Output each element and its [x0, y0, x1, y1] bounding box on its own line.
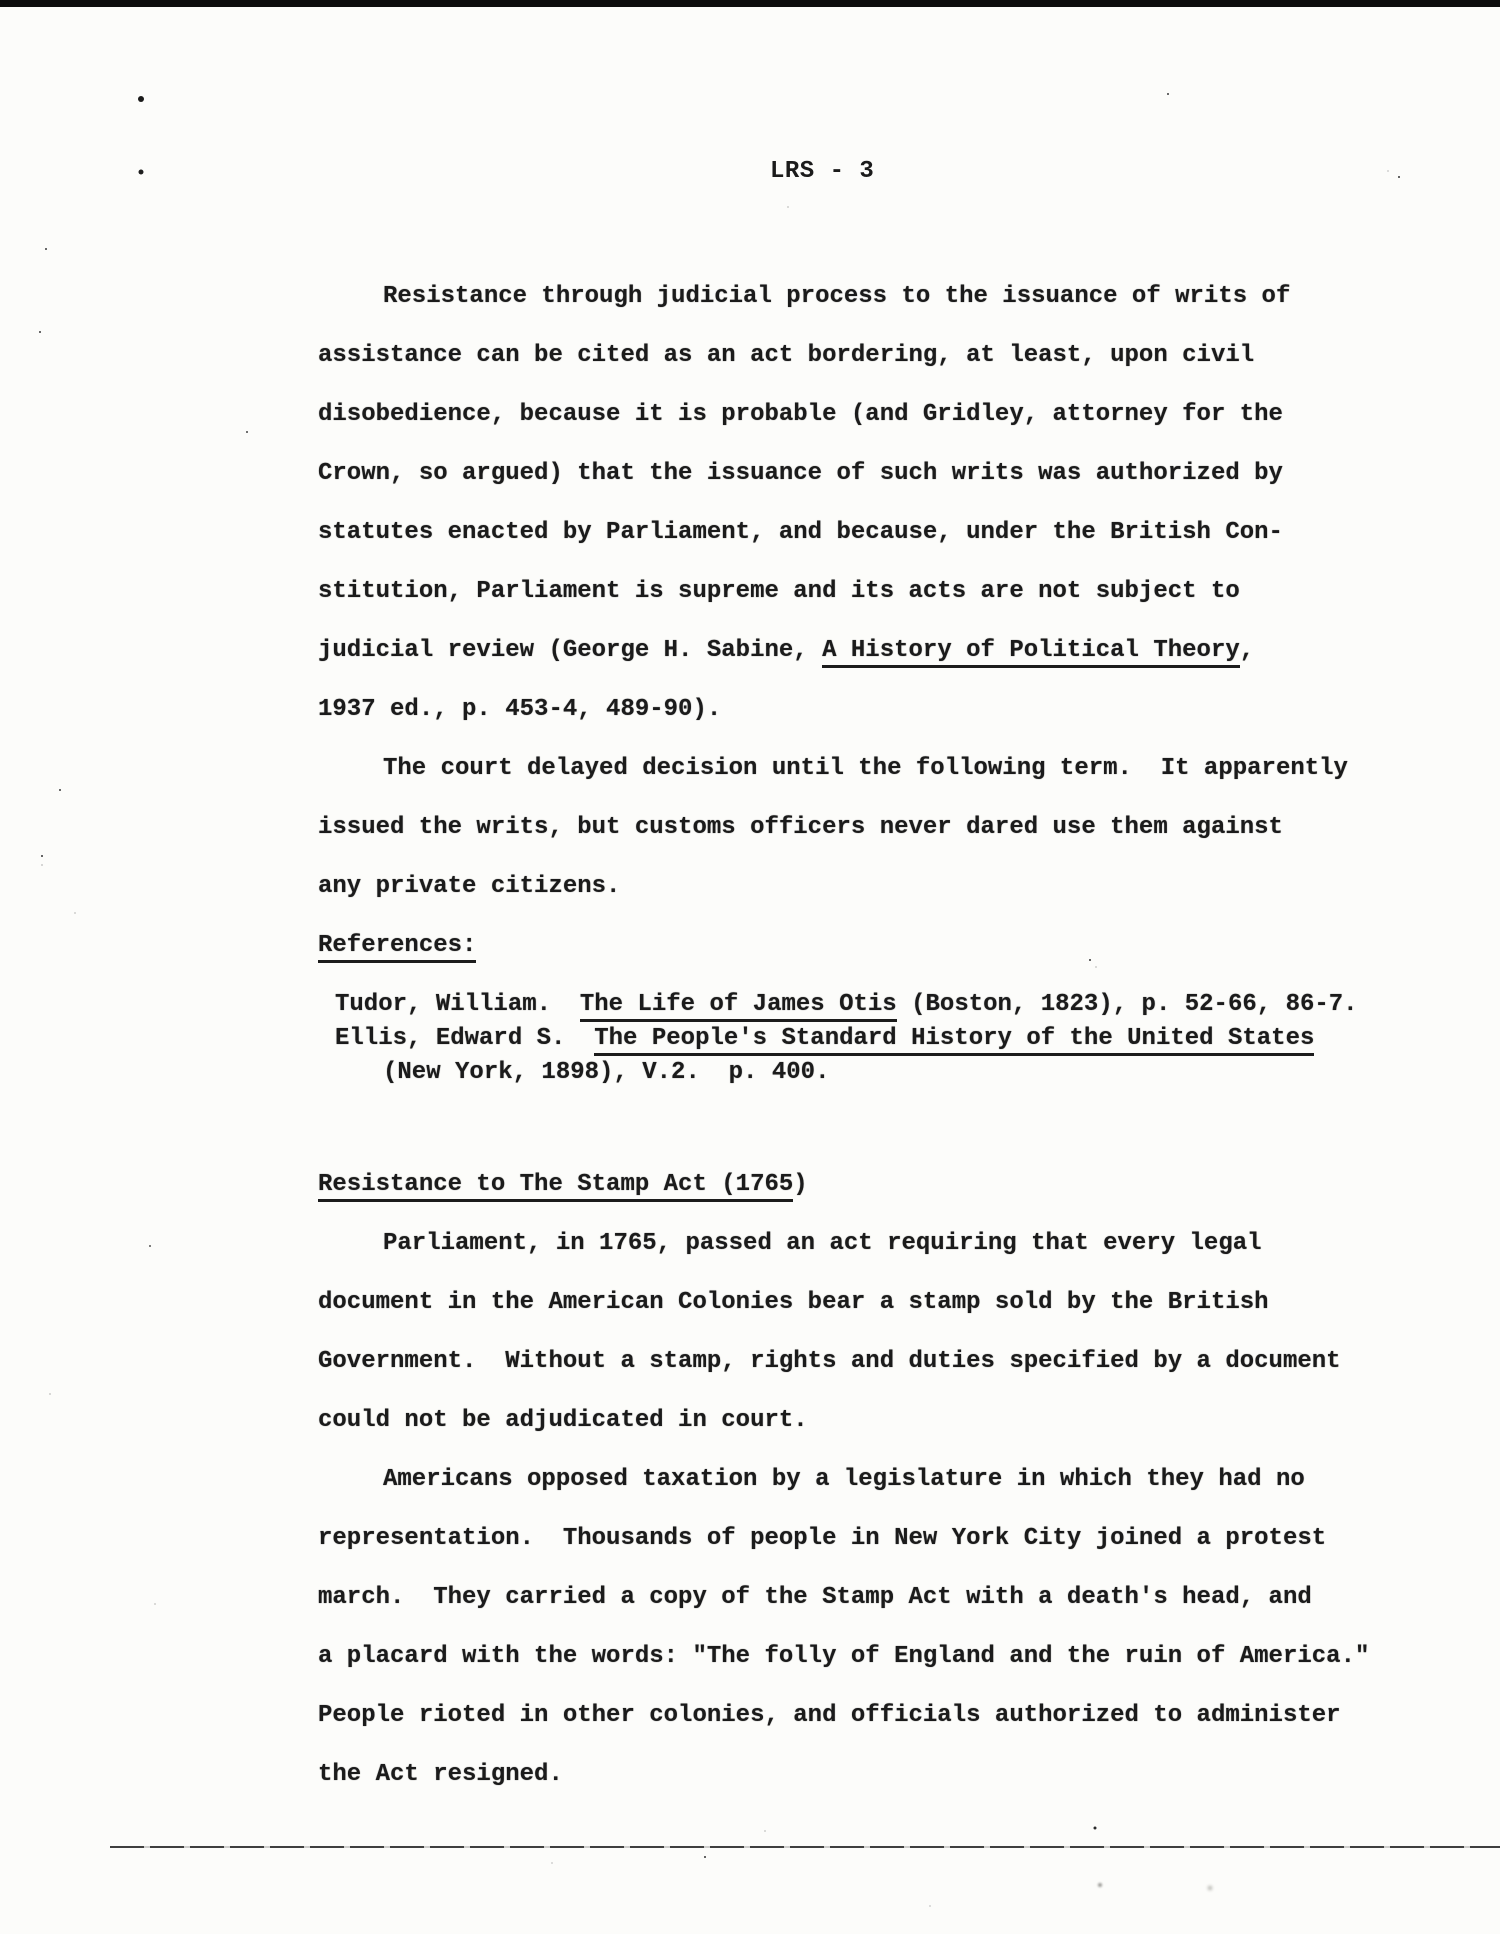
text-line: Government. Without a stamp, rights and …	[318, 1332, 1458, 1391]
text-line: The court delayed decision until the fol…	[318, 739, 1458, 798]
text-segment: Ellis, Edward S.	[335, 1025, 594, 1052]
text-segment: (Boston, 1823), p. 52-66, 86-7.	[897, 991, 1358, 1018]
text-segment: Crown, so argued) that the issuance of s…	[318, 460, 1283, 487]
text-segment: Tudor, William.	[335, 991, 580, 1018]
text-line: march. They carried a copy of the Stamp …	[318, 1568, 1458, 1627]
text-segment: issued the writs, but customs officers n…	[318, 814, 1283, 841]
text-segment: judicial review (George H. Sabine,	[318, 637, 822, 664]
text-line: issued the writs, but customs officers n…	[318, 798, 1458, 857]
text-segment: any private citizens.	[318, 873, 620, 900]
text-segment: The court delayed decision until the fol…	[383, 755, 1348, 782]
text-line: Resistance through judicial process to t…	[318, 267, 1458, 326]
text-segment: People rioted in other colonies, and off…	[318, 1702, 1341, 1729]
text-line: judicial review (George H. Sabine, A His…	[318, 621, 1458, 680]
underlined-text: Resistance to The Stamp Act (1765	[318, 1171, 793, 1202]
text-line: People rioted in other colonies, and off…	[318, 1686, 1458, 1745]
block-para: The court delayed decision until the fol…	[318, 739, 1458, 916]
text-line: statutes enacted by Parliament, and beca…	[318, 503, 1458, 562]
text-line: disobedience, because it is probable (an…	[318, 385, 1458, 444]
text-segment: Americans opposed taxation by a legislat…	[383, 1466, 1305, 1493]
text-segment: could not be adjudicated in court.	[318, 1407, 808, 1434]
text-line: the Act resigned.	[318, 1745, 1458, 1804]
fold-line	[110, 1846, 1500, 1848]
text-segment: the Act resigned.	[318, 1761, 563, 1788]
text-line: document in the American Colonies bear a…	[318, 1273, 1458, 1332]
text-segment: a placard with the words: "The folly of …	[318, 1643, 1369, 1670]
text-segment: 1937 ed., p. 453-4, 489-90).	[318, 696, 721, 723]
text-segment: disobedience, because it is probable (an…	[318, 401, 1283, 428]
text-line: stitution, Parliament is supreme and its…	[318, 562, 1458, 621]
block-heading: References:	[318, 916, 1458, 975]
text-segment: representation. Thousands of people in N…	[318, 1525, 1326, 1552]
text-segment: statutes enacted by Parliament, and beca…	[318, 519, 1283, 546]
text-line: (New York, 1898), V.2. p. 400.	[335, 1056, 1458, 1090]
text-line: Resistance to The Stamp Act (1765)	[318, 1155, 1458, 1214]
text-segment: Parliament, in 1765, passed an act requi…	[383, 1230, 1262, 1257]
text-segment: Government. Without a stamp, rights and …	[318, 1348, 1341, 1375]
text-segment: march. They carried a copy of the Stamp …	[318, 1584, 1312, 1611]
block-para: Americans opposed taxation by a legislat…	[318, 1450, 1458, 1804]
text-segment: stitution, Parliament is supreme and its…	[318, 578, 1240, 605]
text-line: any private citizens.	[318, 857, 1458, 916]
text-line: Americans opposed taxation by a legislat…	[318, 1450, 1458, 1509]
block-para: Parliament, in 1765, passed an act requi…	[318, 1214, 1458, 1450]
text-line: assistance can be cited as an act border…	[318, 326, 1458, 385]
text-segment: assistance can be cited as an act border…	[318, 342, 1254, 369]
text-line: References:	[318, 916, 1458, 975]
text-line: could not be adjudicated in court.	[318, 1391, 1458, 1450]
block-heading2: Resistance to The Stamp Act (1765)	[318, 1155, 1458, 1214]
underlined-text: A History of Political Theory	[822, 637, 1240, 668]
text-segment: ,	[1240, 637, 1254, 664]
text-segment: (New York, 1898), V.2. p. 400.	[383, 1059, 829, 1086]
text-line: a placard with the words: "The folly of …	[318, 1627, 1458, 1686]
text-line: representation. Thousands of people in N…	[318, 1509, 1458, 1568]
document-body: Resistance through judicial process to t…	[318, 267, 1458, 1804]
document-page: LRS - 3 Resistance through judicial proc…	[0, 0, 1500, 1934]
text-line: Tudor, William. The Life of James Otis (…	[335, 988, 1458, 1022]
block-para: Resistance through judicial process to t…	[318, 267, 1458, 739]
block-refs: Tudor, William. The Life of James Otis (…	[318, 988, 1458, 1090]
text-line: Crown, so argued) that the issuance of s…	[318, 444, 1458, 503]
underlined-text: References:	[318, 932, 476, 963]
text-segment: Resistance through judicial process to t…	[383, 283, 1290, 310]
underlined-text: The Life of James Otis	[580, 991, 897, 1022]
underlined-text: The People's Standard History of the Uni…	[594, 1025, 1314, 1056]
text-segment: )	[793, 1171, 807, 1198]
scan-noise	[138, 96, 144, 102]
scan-top-edge	[0, 0, 1500, 7]
text-line: Ellis, Edward S. The People's Standard H…	[335, 1022, 1458, 1056]
text-line: Parliament, in 1765, passed an act requi…	[318, 1214, 1458, 1273]
text-segment: document in the American Colonies bear a…	[318, 1289, 1269, 1316]
page-number: LRS - 3	[770, 158, 874, 185]
text-line: 1937 ed., p. 453-4, 489-90).	[318, 680, 1458, 739]
